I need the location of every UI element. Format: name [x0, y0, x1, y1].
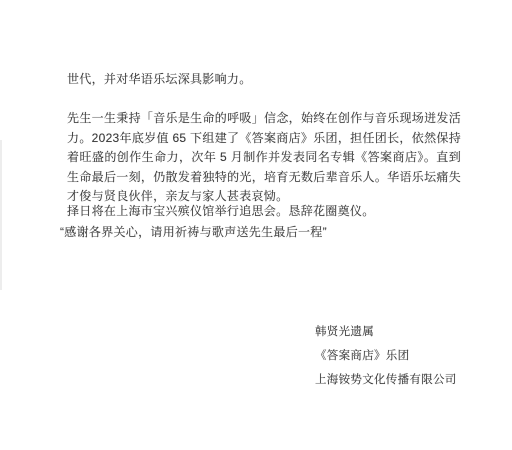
signature-block: 韩贤光遗属 《答案商店》乐团 上海铵势文化传播有限公司	[315, 320, 457, 392]
body-paragraph: 先生一生秉持「音乐是生命的呼吸」信念，始终在创作与音乐现场迸发活力。2023年底…	[67, 109, 461, 207]
signature-band: 《答案商店》乐团	[315, 344, 457, 368]
obituary-document: 世代，并对华语乐坛深具影响力。 先生一生秉持「音乐是生命的呼吸」信念，始终在创作…	[0, 0, 512, 450]
signature-company: 上海铵势文化传播有限公司	[315, 368, 457, 392]
closing-quote-line: “感谢各界关心，请用祈祷与歌声送先生最后一程”	[60, 223, 480, 243]
signature-family: 韩贤光遗属	[315, 320, 457, 344]
memorial-arrangements-line: 择日将在上海市宝兴殡仪馆举行追思会。恳辞花圈奠仪。	[67, 202, 487, 222]
scan-edge-artifact	[0, 140, 2, 290]
intro-line: 世代，并对华语乐坛深具影响力。	[67, 70, 467, 90]
